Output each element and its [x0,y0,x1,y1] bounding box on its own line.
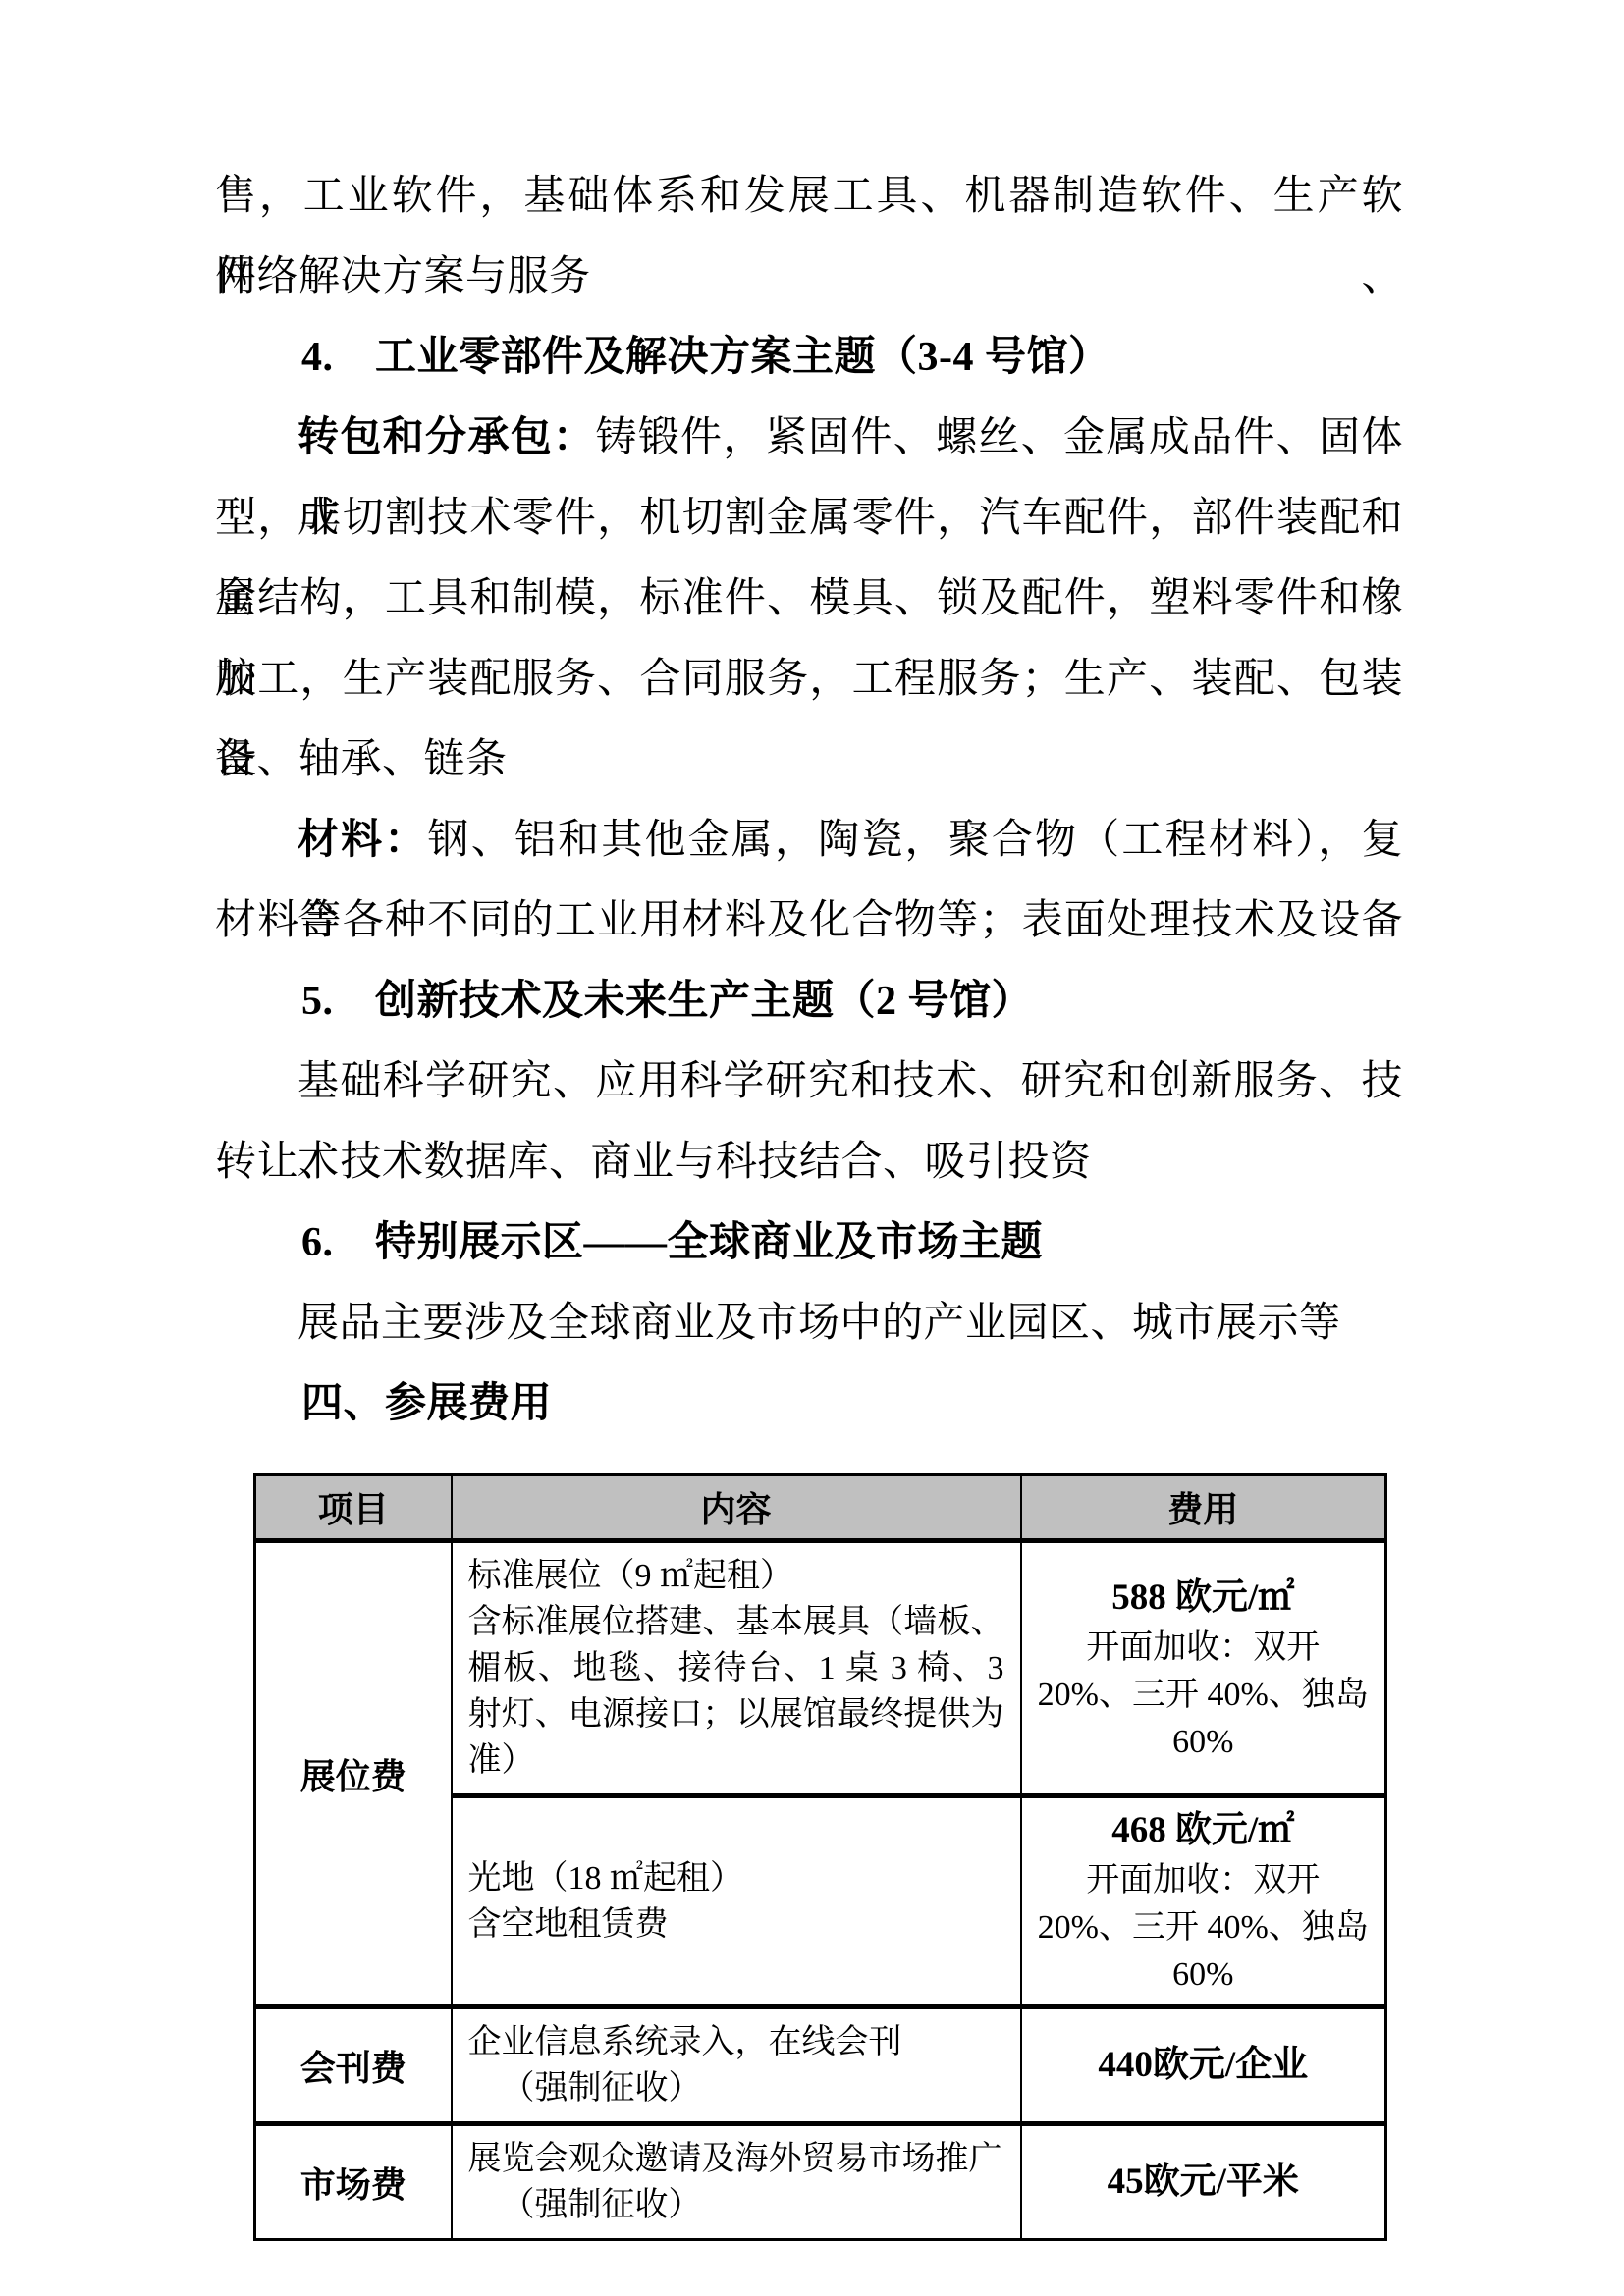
mandatory-note: （强制征收） [468,2065,1004,2111]
fee-surcharge-note: 开面加收：双开 20%、三开 40%、独岛 60% [1036,1625,1372,1766]
fee-marketing: 45欧元/平米 [1021,2124,1386,2240]
body-line: 备、轴承、链条 [215,720,1403,800]
body-line: 展品主要涉及全球商业及市场中的产业园区、城市展示等 [215,1283,1403,1363]
item-catalogue-fee: 会刊费 [255,2007,452,2124]
body-line: 转让、技术数据库、商业与科技结合、吸引投资 [215,1122,1403,1202]
fee-amount: 440欧元/企业 [1036,2039,1372,2092]
item-marketing-fee: 市场费 [255,2124,452,2240]
fee-surcharge-note: 开面加收：双开 20%、三开 40%、独岛 60% [1036,1857,1372,1999]
section-heading-4: 4. 工业零部件及解决方案主题（3-4 号馆） [215,317,1403,398]
fee-raw-space: 468 欧元/㎡ 开面加收：双开 20%、三开 40%、独岛 60% [1021,1796,1386,2007]
body-line: 转包和分承包：铸锻件，紧固件、螺丝、金属成品件、固体成 [215,398,1403,478]
content-raw-space: 光地（18 ㎡起租） 含空地租赁费 [452,1796,1021,2007]
section-heading-fees: 四、参展费用 [215,1363,1403,1444]
body-line: 材料等各种不同的工业用材料及化合物等；表面处理技术及设备 [215,881,1403,961]
body-line: 材料：钢、铝和其他金属，陶瓷，聚合物（工程材料），复合 [215,800,1403,881]
content-line: 企业信息系统录入，在线会刊 [468,2019,1004,2065]
body-line: 基础科学研究、应用科学研究和技术、研究和创新服务、技术 [215,1041,1403,1122]
bold-lead: 材料： [298,818,428,863]
item-booth-fee: 展位费 [255,1541,452,2007]
table-row-catalogue: 会刊费 企业信息系统录入，在线会刊 （强制征收） 440欧元/企业 [255,2007,1386,2124]
content-standard-booth: 标准展位（9 ㎡起租） 含标准展位搭建、基本展具（墙板、楣板、地毯、接待台、1 … [452,1541,1021,1796]
content-line: 含标准展位搭建、基本展具（墙板、楣板、地毯、接待台、1 桌 3 椅、3 射灯、电… [468,1599,1004,1784]
fee-standard-booth: 588 欧元/㎡ 开面加收：双开 20%、三开 40%、独岛 60% [1021,1541,1386,1796]
header-fee: 费用 [1021,1475,1386,1541]
content-line: 展览会观众邀请及海外贸易市场推广 [468,2136,1004,2182]
content-marketing: 展览会观众邀请及海外贸易市场推广 （强制征收） [452,2124,1021,2240]
fee-table-header-row: 项目 内容 费用 [255,1475,1386,1541]
fee-amount: 468 欧元/㎡ [1036,1804,1372,1857]
bold-lead: 转包和分承包： [298,415,595,460]
section-heading-5: 5. 创新技术及未来生产主题（2 号馆） [215,961,1403,1041]
body-line: 型，非切割技术零件，机切割金属零件，汽车配件，部件装配和金 [215,478,1403,559]
fee-table: 项目 内容 费用 展位费 标准展位（9 ㎡起租） 含标准展位搭建、基本展具（墙板… [253,1473,1387,2241]
fee-amount: 588 欧元/㎡ [1036,1572,1372,1625]
content-line: 含空地租赁费 [468,1901,1004,1948]
fee-amount: 45欧元/平米 [1036,2156,1372,2209]
header-item: 项目 [255,1475,452,1541]
document-page: 售，工业软件，基础体系和发展工具、机器制造软件、生产软件、 网络解决方案与服务 … [0,0,1624,2296]
mandatory-note: （强制征收） [468,2182,1004,2228]
fee-catalogue: 440欧元/企业 [1021,2007,1386,2124]
table-row-booth-standard: 展位费 标准展位（9 ㎡起租） 含标准展位搭建、基本展具（墙板、楣板、地毯、接待… [255,1541,1386,1796]
header-content: 内容 [452,1475,1021,1541]
body-line: 加工，生产装配服务、合同服务，工程服务；生产、装配、包装设 [215,639,1403,720]
body-line: 售，工业软件，基础体系和发展工具、机器制造软件、生产软件、 [215,156,1403,237]
content-catalogue: 企业信息系统录入，在线会刊 （强制征收） [452,2007,1021,2124]
section-heading-6: 6. 特别展示区——全球商业及市场主题 [215,1202,1403,1283]
content-line: 标准展位（9 ㎡起租） [468,1553,1004,1599]
body-line: 属结构，工具和制模，标准件、模具、锁及配件，塑料零件和橡胶 [215,559,1403,639]
content-line: 光地（18 ㎡起租） [468,1855,1004,1901]
table-row-marketing: 市场费 展览会观众邀请及海外贸易市场推广 （强制征收） 45欧元/平米 [255,2124,1386,2240]
